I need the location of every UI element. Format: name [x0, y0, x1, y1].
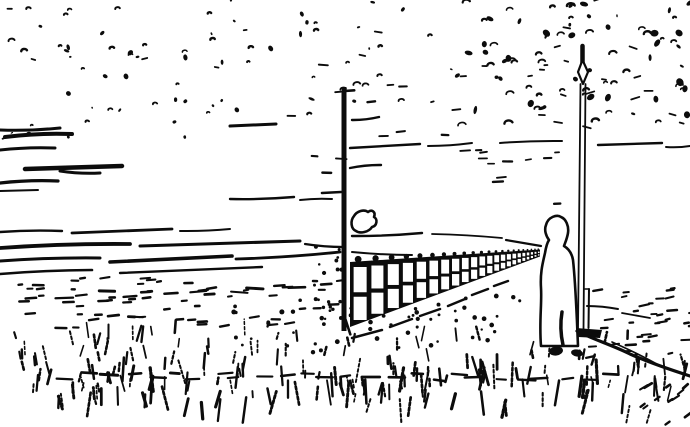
- sketch-canvas: [0, 0, 690, 427]
- left-pole: [342, 87, 347, 331]
- edge-sketch-figure: [0, 0, 690, 427]
